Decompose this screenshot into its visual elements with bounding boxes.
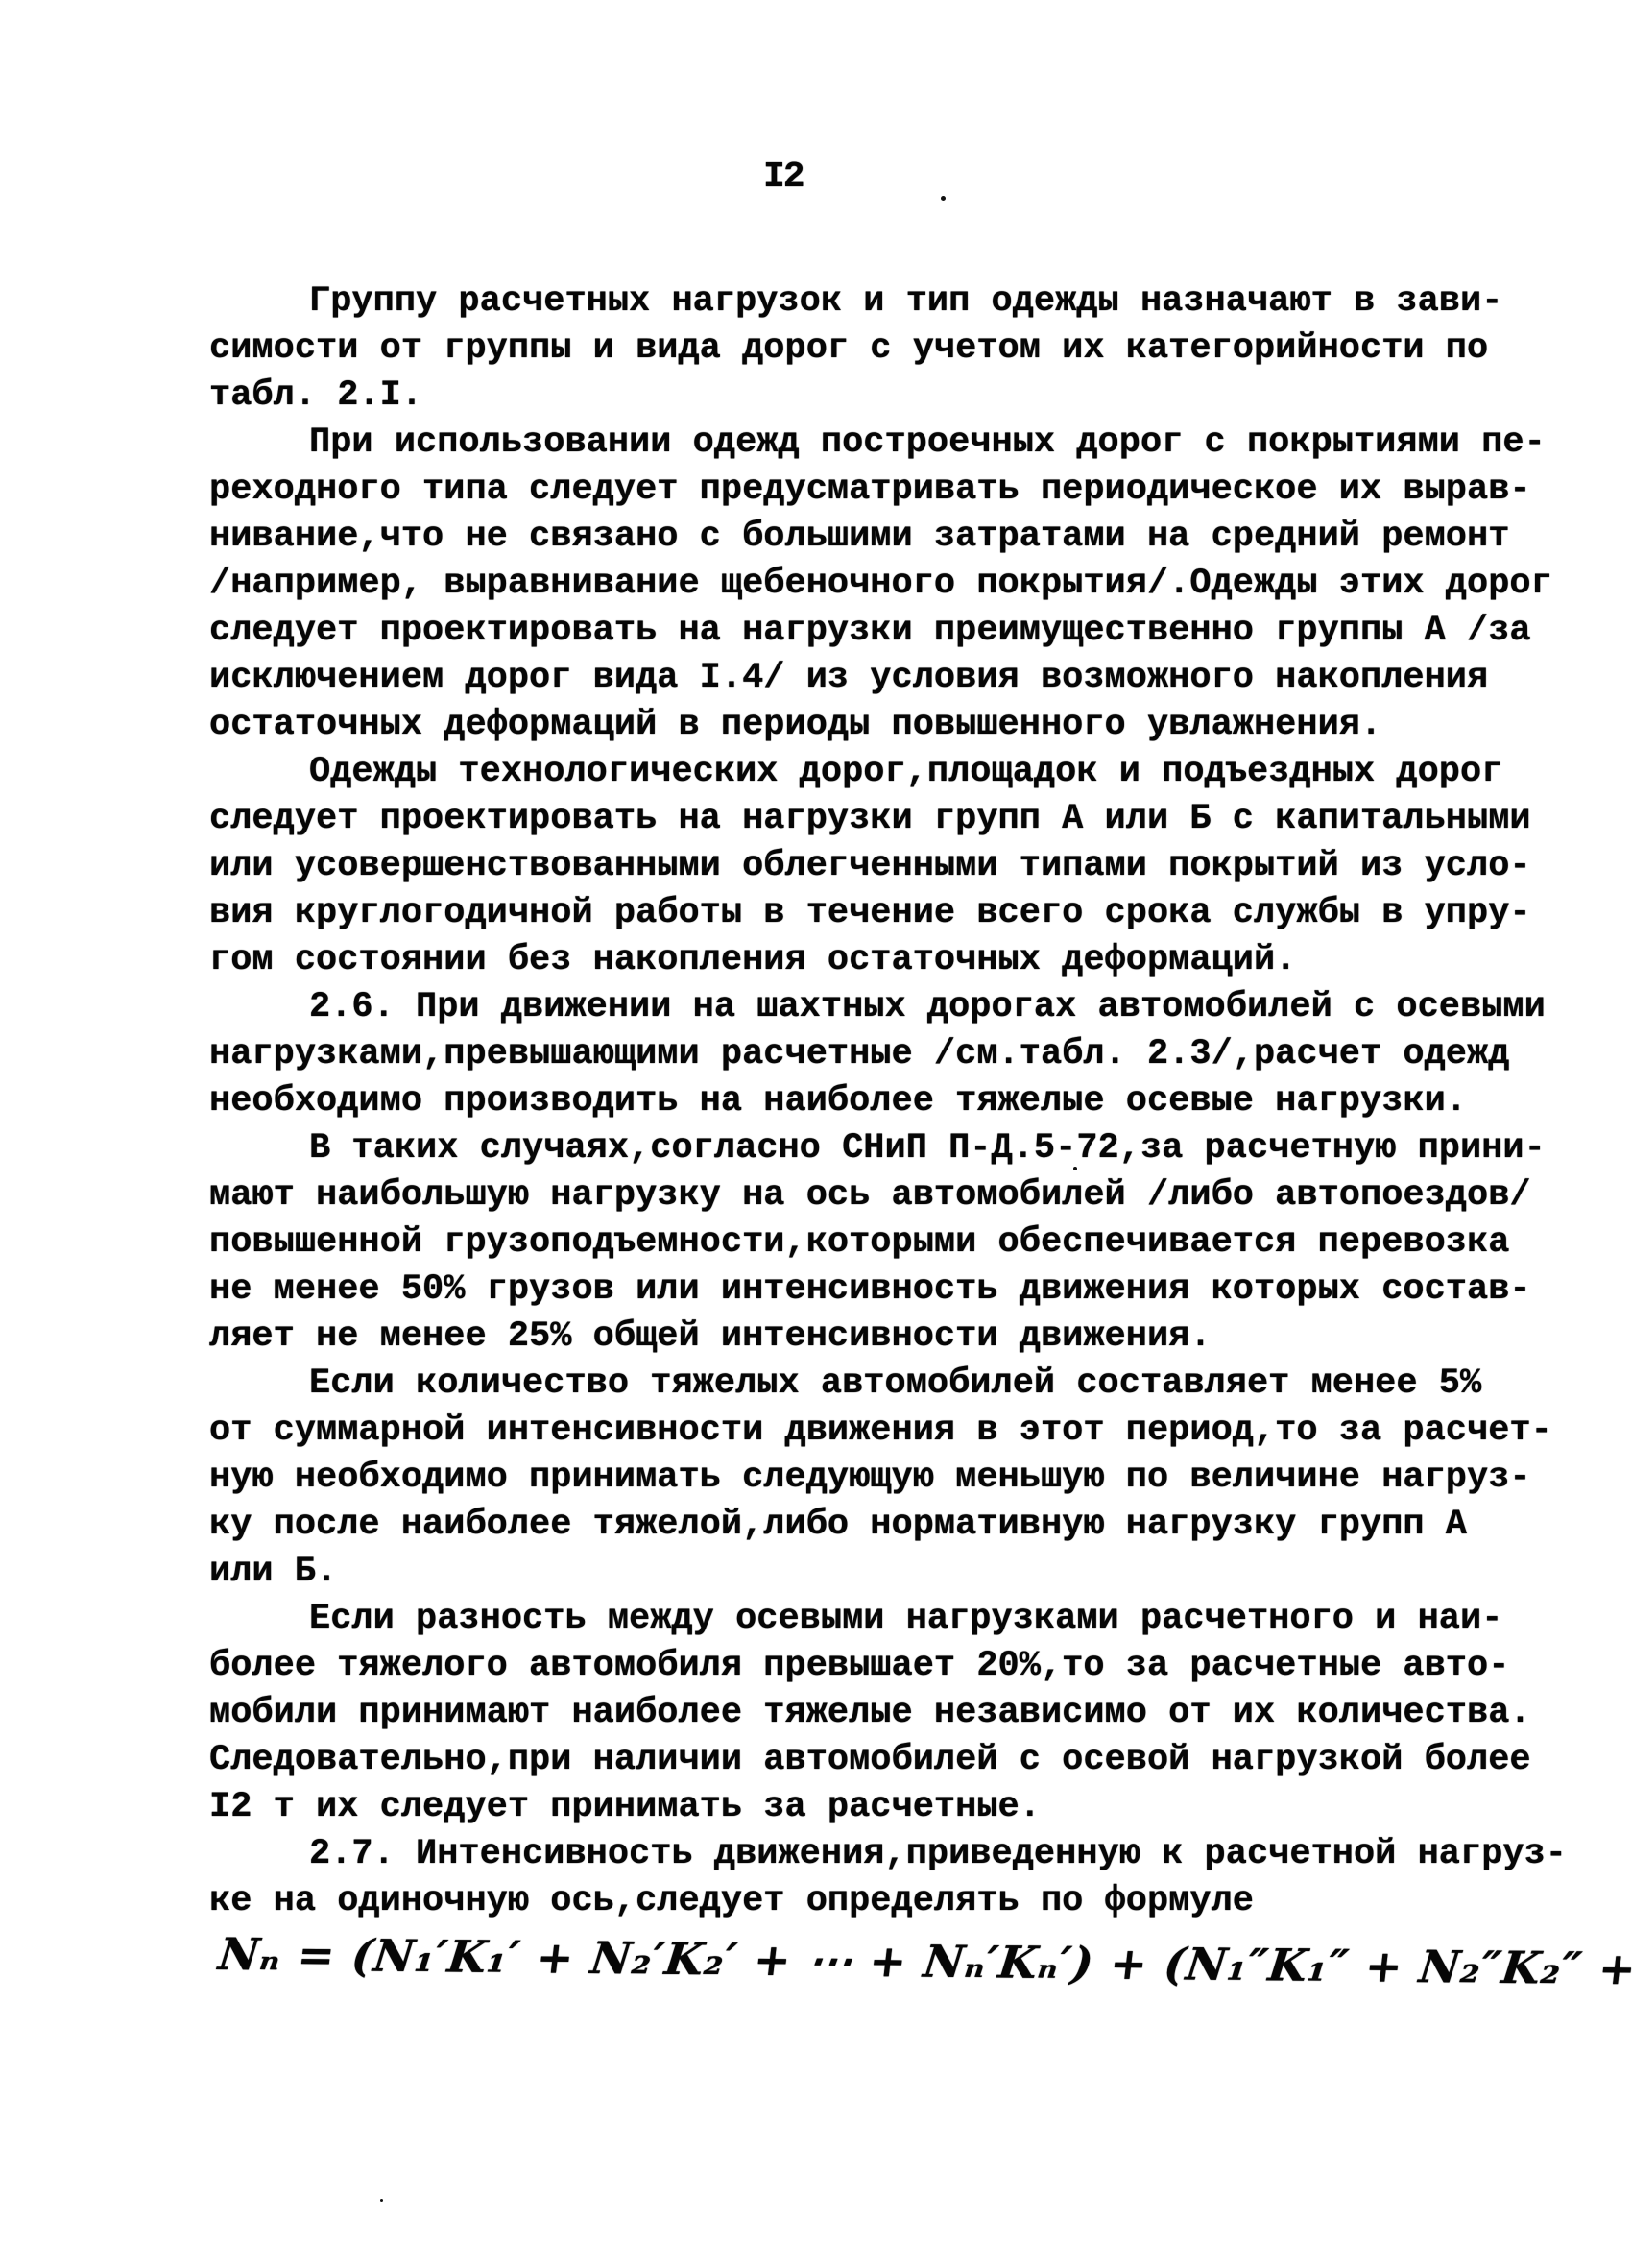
scan-speck <box>380 2199 383 2202</box>
text-line: от суммарной интенсивности движения в эт… <box>209 1408 1515 1455</box>
formula: Nₙ = (N₁′K₁′ + N₂′K₂′ + ⋯ + Nₙ′Kₙ′) + (N… <box>216 1928 1499 1993</box>
text-line: ляет не менее 25% общей интенсивности дв… <box>209 1314 1515 1361</box>
text-line: исключением дорог вида I.4/ из условия в… <box>209 655 1515 702</box>
text-line: мают наибольшую нагрузку на ось автомоби… <box>209 1172 1515 1219</box>
text-line: В таких случаях,согласно СНиП П-Д.5-72,з… <box>209 1125 1515 1172</box>
text-line: не менее 50% грузов или интенсивность дв… <box>209 1267 1515 1314</box>
text-line: 2.7. Интенсивность движения,приведенную … <box>209 1831 1515 1878</box>
text-line: вия круглогодичной работы в течение всег… <box>209 890 1515 937</box>
text-line: или Б. <box>209 1549 1515 1596</box>
text-line: нивание,что не связано с большими затрат… <box>209 514 1515 561</box>
page-number: I2 <box>763 157 804 198</box>
text-line: или усовершенствованными облегченными ти… <box>209 843 1515 890</box>
scan-speck <box>941 196 946 201</box>
text-line: Если количество тяжелых автомобилей сост… <box>209 1361 1515 1408</box>
scan-speck <box>1073 1167 1077 1170</box>
text-line: ку после наиболее тяжелой,либо нормативн… <box>209 1502 1515 1549</box>
document-page: I2 Группу расчетных нагрузок и тип одежд… <box>0 0 1632 2268</box>
document-body: Группу расчетных нагрузок и тип одежды н… <box>209 278 1515 1925</box>
text-line: Если разность между осевыми нагрузками р… <box>209 1596 1515 1643</box>
text-line: Группу расчетных нагрузок и тип одежды н… <box>209 278 1515 326</box>
text-line: остаточных деформаций в периоды повышенн… <box>209 702 1515 749</box>
text-line: повышенной грузоподъемности,которыми обе… <box>209 1219 1515 1267</box>
text-line: ную необходимо принимать следующую меньш… <box>209 1455 1515 1502</box>
text-line: симости от группы и вида дорог с учетом … <box>209 326 1515 373</box>
text-line: ке на одиночную ось,следует определять п… <box>209 1878 1515 1925</box>
text-line: При использовании одежд построечных доро… <box>209 420 1515 467</box>
text-line: следует проектировать на нагрузки преиму… <box>209 608 1515 655</box>
text-line: Одежды технологических дорог,площадок и … <box>209 749 1515 796</box>
text-line: I2 т их следует принимать за расчетные. <box>209 1784 1515 1831</box>
text-line: нагрузками,превышающими расчетные /см.та… <box>209 1031 1515 1078</box>
text-line: гом состоянии без накопления остаточных … <box>209 937 1515 984</box>
text-line: 2.6. При движении на шахтных дорогах авт… <box>209 984 1515 1031</box>
text-line: более тяжелого автомобиля превышает 20%,… <box>209 1643 1515 1690</box>
text-line: необходимо производить на наиболее тяжел… <box>209 1078 1515 1125</box>
text-line: табл. 2.I. <box>209 373 1515 420</box>
text-line: /например, выравнивание щебеночного покр… <box>209 561 1515 608</box>
text-line: следует проектировать на нагрузки групп … <box>209 796 1515 843</box>
text-line: мобили принимают наиболее тяжелые незави… <box>209 1690 1515 1737</box>
text-line: Следовательно,при наличии автомобилей с … <box>209 1737 1515 1784</box>
text-line: реходного типа следует предусматривать п… <box>209 467 1515 514</box>
